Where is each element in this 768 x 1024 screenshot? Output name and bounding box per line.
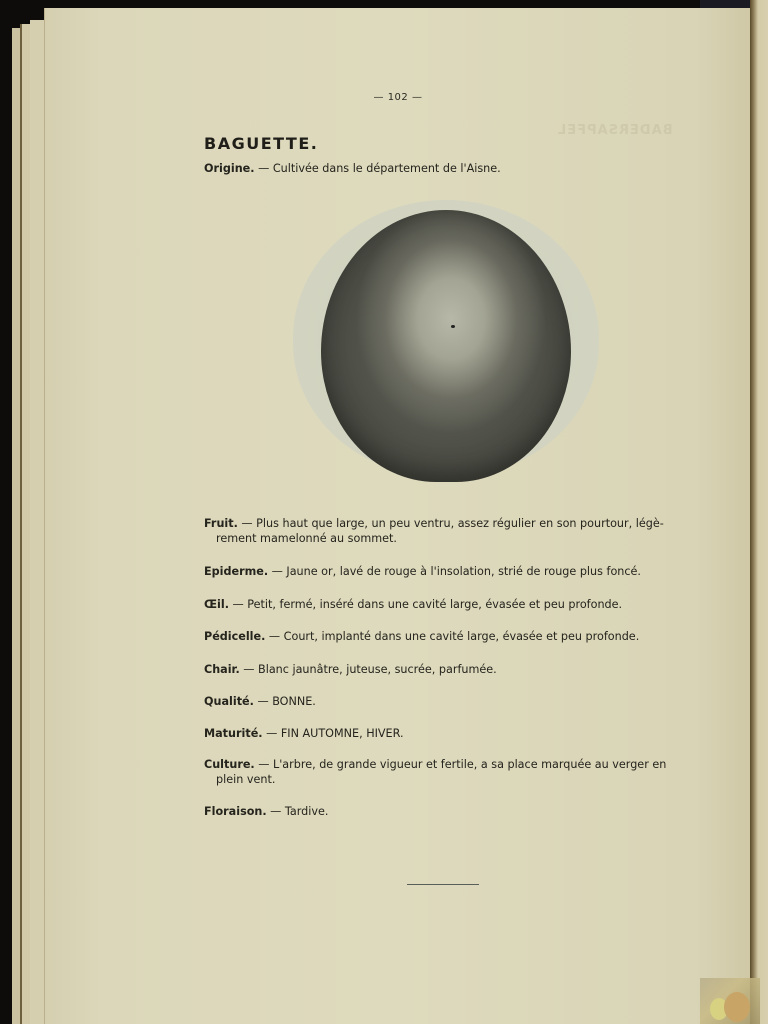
entry-label: Maturité. xyxy=(204,727,263,740)
watermark-thumbnail xyxy=(700,978,760,1024)
entry-label: Œil. xyxy=(204,598,229,611)
entry-epiderme: Epiderme. — Jaune or, lavé de rouge à l'… xyxy=(204,564,694,579)
entry-text: — Blanc jaunâtre, juteuse, sucrée, parfu… xyxy=(240,663,497,676)
page-title: BAGUETTE. xyxy=(204,134,318,153)
entry-text: — Petit, fermé, inséré dans une cavité l… xyxy=(229,598,622,611)
entry-label: Epiderme. xyxy=(204,565,268,578)
entry-text: — Court, implanté dans une cavité large,… xyxy=(265,630,639,643)
entry-chair: Chair. — Blanc jaunâtre, juteuse, sucrée… xyxy=(204,662,694,677)
entry-label: Floraison. xyxy=(204,805,267,818)
section-divider-rule xyxy=(407,884,479,885)
apple-spot xyxy=(451,325,455,328)
entry-text: — Plus haut que large, un peu ventru, as… xyxy=(238,517,664,530)
origine-text: — Cultivée dans le département de l'Aisn… xyxy=(255,162,501,175)
entry-fruit: Fruit. — Plus haut que large, un peu ven… xyxy=(204,516,694,546)
entry-label: Qualité. xyxy=(204,695,254,708)
bleed-through-text: BADERSAPFEL xyxy=(557,123,673,138)
book-page: — 102 — BADERSAPFEL BAGUETTE. Origine. —… xyxy=(44,8,751,1024)
page-number: — 102 — xyxy=(45,92,751,103)
entry-pedicelle: Pédicelle. — Court, implanté dans une ca… xyxy=(204,629,694,644)
entry-culture: Culture. — L'arbre, de grande vigueur et… xyxy=(204,757,694,787)
entry-text-continued: rement mamelonné au sommet. xyxy=(204,531,694,546)
apple-illustration xyxy=(291,192,607,492)
entry-oeil: Œil. — Petit, fermé, inséré dans une cav… xyxy=(204,597,694,612)
origine-line: Origine. — Cultivée dans le département … xyxy=(204,161,501,176)
entry-maturite: Maturité. — FIN AUTOMNE, HIVER. xyxy=(204,726,694,741)
entry-qualite: Qualité. — BONNE. xyxy=(204,694,694,709)
entry-text: — Tardive. xyxy=(267,805,329,818)
entry-text: — L'arbre, de grande vigueur et fertile,… xyxy=(255,758,667,771)
entry-text: — Jaune or, lavé de rouge à l'insolation… xyxy=(268,565,641,578)
entry-label: Chair. xyxy=(204,663,240,676)
entry-floraison: Floraison. — Tardive. xyxy=(204,804,694,819)
apple-image xyxy=(321,210,571,482)
thumbnail-fruit-icon xyxy=(724,992,750,1022)
photo-scene: — 102 — BADERSAPFEL BAGUETTE. Origine. —… xyxy=(0,0,768,1024)
entry-text-continued: plein vent. xyxy=(204,772,694,787)
entry-label: Culture. xyxy=(204,758,255,771)
adjacent-page-edge xyxy=(750,0,768,1024)
entry-text: — BONNE. xyxy=(254,695,316,708)
origine-label: Origine. xyxy=(204,162,255,175)
entry-text: — FIN AUTOMNE, HIVER. xyxy=(263,727,404,740)
entry-label: Fruit. xyxy=(204,517,238,530)
entry-label: Pédicelle. xyxy=(204,630,265,643)
